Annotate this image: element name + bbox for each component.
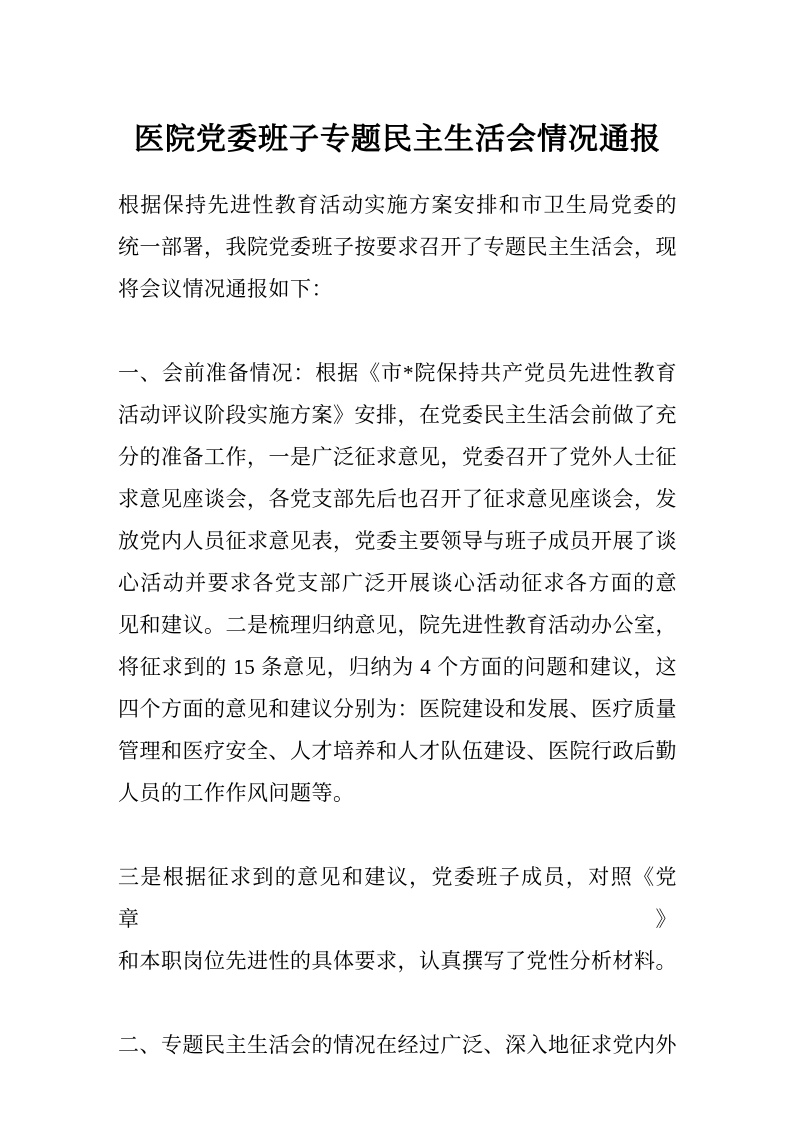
text-line: 将会议情况通报如下：	[118, 268, 677, 310]
paragraph: 一、会前准备情况：根据《市*院保持共产党员先进性教育活动评议阶段实施方案》安排，…	[118, 352, 677, 814]
document-body: 根据保持先进性教育活动实施方案安排和市卫生局党委的统一部署，我院党委班子按要求召…	[118, 184, 677, 1066]
text-line: 三是根据征求到的意见和建议，党委班子成员，对照《党章》	[118, 856, 677, 940]
paragraph: 根据保持先进性教育活动实施方案安排和市卫生局党委的统一部署，我院党委班子按要求召…	[118, 184, 677, 310]
text-line: 管理和医疗安全、人才培养和人才队伍建设、医院行政后勤	[118, 730, 677, 772]
text-line: 统一部署，我院党委班子按要求召开了专题民主生活会，现	[118, 226, 677, 268]
text-line: 人员的工作作风问题等。	[118, 772, 677, 814]
text-line: 心活动并要求各党支部广泛开展谈心活动征求各方面的意	[118, 562, 677, 604]
paragraph: 二、专题民主生活会的情况在经过广泛、深入地征求党内外	[118, 1024, 677, 1066]
text-line: 一、会前准备情况：根据《市*院保持共产党员先进性教育	[118, 352, 677, 394]
text-line: 分的准备工作，一是广泛征求意见，党委召开了党外人士征	[118, 436, 677, 478]
text-line: 见和建议。二是梳理归纳意见，院先进性教育活动办公室，	[118, 604, 677, 646]
text-line: 和本职岗位先进性的具体要求，认真撰写了党性分析材料。	[118, 940, 677, 982]
document-page: 医院党委班子专题民主生活会情况通报 根据保持先进性教育活动实施方案安排和市卫生局…	[0, 0, 793, 1122]
paragraph: 三是根据征求到的意见和建议，党委班子成员，对照《党章》和本职岗位先进性的具体要求…	[118, 856, 677, 982]
text-line: 四个方面的意见和建议分别为：医院建设和发展、医疗质量	[118, 688, 677, 730]
text-line: 放党内人员征求意见表，党委主要领导与班子成员开展了谈	[118, 520, 677, 562]
text-line: 根据保持先进性教育活动实施方案安排和市卫生局党委的	[118, 184, 677, 226]
document-title: 医院党委班子专题民主生活会情况通报	[118, 120, 677, 160]
text-line: 活动评议阶段实施方案》安排，在党委民主生活会前做了充	[118, 394, 677, 436]
text-line: 求意见座谈会，各党支部先后也召开了征求意见座谈会，发	[118, 478, 677, 520]
text-line: 将征求到的 15 条意见，归纳为 4 个方面的问题和建议，这	[118, 646, 677, 688]
text-line: 二、专题民主生活会的情况在经过广泛、深入地征求党内外	[118, 1024, 677, 1066]
